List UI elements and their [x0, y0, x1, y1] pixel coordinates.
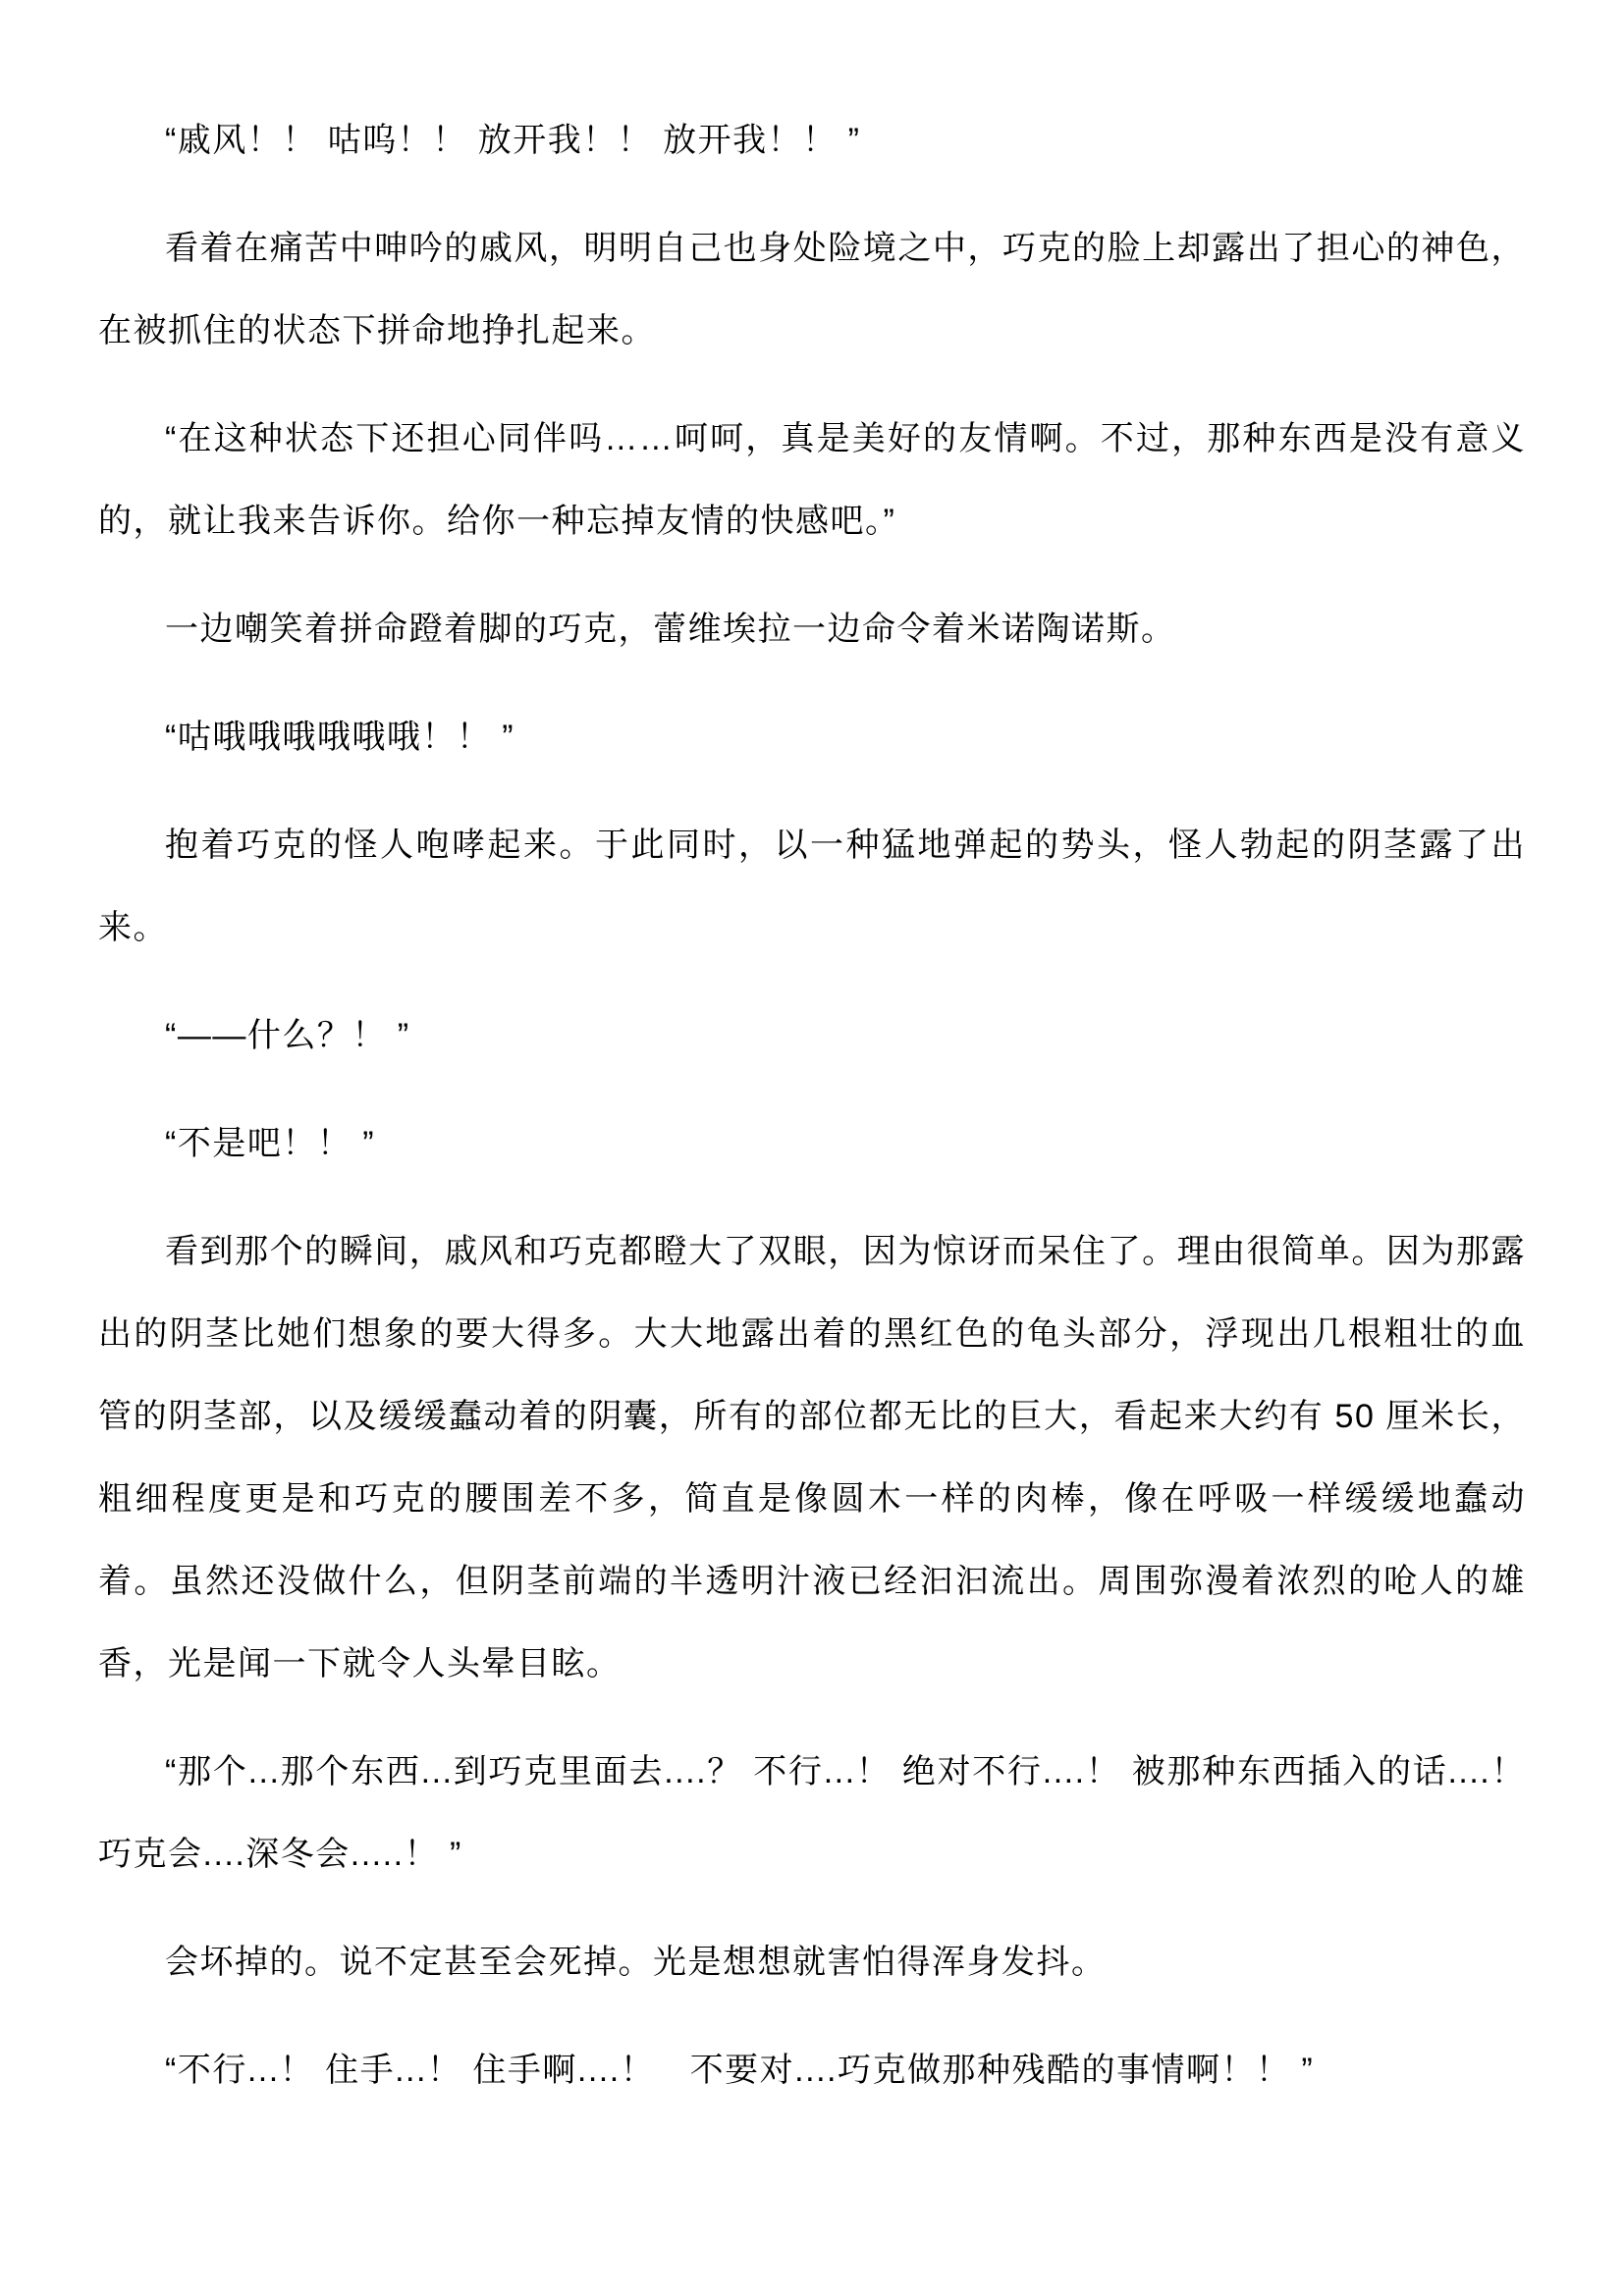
dialogue-paragraph: “不行...！ 住手...！ 住手啊....！ 不要对....巧克做那种残酷的事… — [98, 2029, 1526, 2111]
document-page: “戚风！！ 咕呜！！ 放开我！！ 放开我！！ ” 看着在痛苦中呻吟的戚风，明明自… — [0, 0, 1624, 2296]
dialogue-paragraph: “在这种状态下还担心同伴吗……呵呵，真是美好的友情啊。不过，那种东西是没有意义的… — [98, 398, 1526, 562]
narration-paragraph: 一边嘲笑着拼命蹬着脚的巧克，蕾维埃拉一边命令着米诺陶诺斯。 — [98, 588, 1526, 670]
narration-paragraph: 看着在痛苦中呻吟的戚风，明明自己也身处险境之中，巧克的脸上却露出了担心的神色，在… — [98, 207, 1526, 372]
dialogue-paragraph: “咕哦哦哦哦哦哦！！ ” — [98, 696, 1526, 778]
narration-paragraph: 抱着巧克的怪人咆哮起来。于此同时，以一种猛地弹起的势头，怪人勃起的阴茎露了出来。 — [98, 804, 1526, 969]
dialogue-paragraph: “——什么？！ ” — [98, 994, 1526, 1077]
narration-paragraph: 看到那个的瞬间，戚风和巧克都瞪大了双眼，因为惊讶而呆住了。理由很简单。因为那露出… — [98, 1210, 1526, 1705]
dialogue-paragraph: “戚风！！ 咕呜！！ 放开我！！ 放开我！！ ” — [98, 99, 1526, 182]
dialogue-paragraph: “那个...那个东西...到巧克里面去....？ 不行...！ 绝对不行....… — [98, 1731, 1526, 1896]
dialogue-paragraph: “不是吧！！ ” — [98, 1102, 1526, 1185]
narration-paragraph: 会坏掉的。说不定甚至会死掉。光是想想就害怕得浑身发抖。 — [98, 1921, 1526, 2003]
